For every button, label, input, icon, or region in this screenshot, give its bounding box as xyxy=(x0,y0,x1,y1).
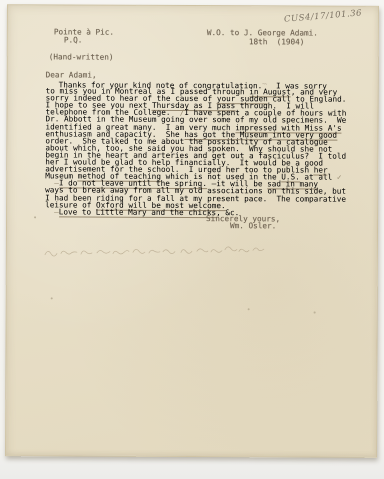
body-line: —Love to Little Mary and the chicks, &c. xyxy=(45,208,357,216)
pencil-annotation-squiggle xyxy=(43,242,273,260)
scan-background: { "colors": { "paper": "#e8dfc8", "typew… xyxy=(0,0,384,479)
paper-speck xyxy=(314,312,316,314)
underlined-phrase: Love to Little Mary and the chicks xyxy=(59,207,216,218)
province-line: P.Q. xyxy=(64,36,83,43)
medium-note: (Hand-written) xyxy=(49,53,114,60)
letter-body: Thanks for your kind note of congratulat… xyxy=(45,80,358,216)
signature: Wm. Osler. xyxy=(230,222,276,229)
recipient-heading: W.O. to J. George Adami. xyxy=(207,29,318,37)
paper-speck xyxy=(51,297,53,299)
pencil-mark: ✓ xyxy=(332,173,341,182)
archive-reference: CUS4/17/101.36 xyxy=(284,8,363,24)
letter-paper: CUS4/17/101.36 Pointe à Pic. P.Q. W.O. t… xyxy=(5,4,379,458)
paper-speck xyxy=(34,216,36,218)
date-line: 18th (1904) xyxy=(249,38,305,45)
pencil-mark: — xyxy=(54,207,59,216)
paper-speck xyxy=(248,308,250,310)
salutation: Dear Adami, xyxy=(46,71,97,78)
